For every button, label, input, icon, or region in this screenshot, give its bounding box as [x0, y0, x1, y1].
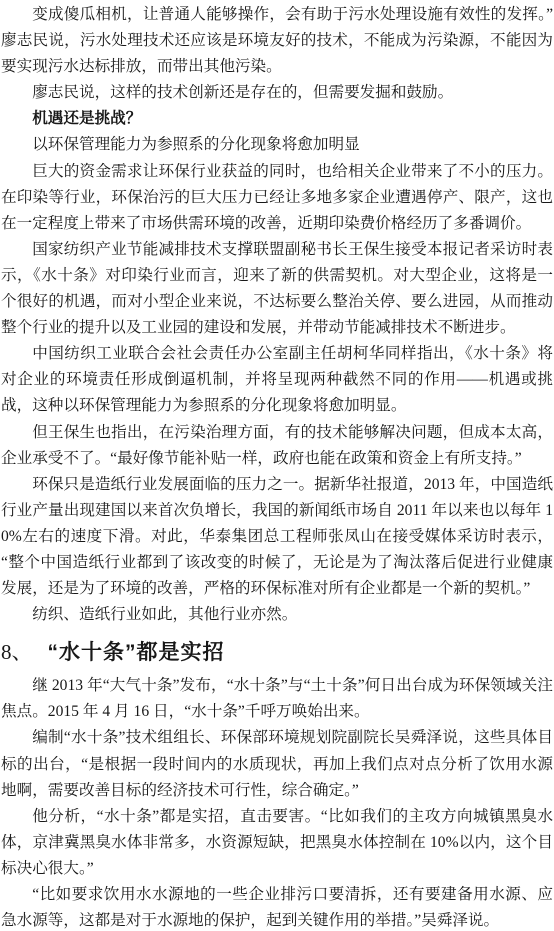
paragraph-divergence-lead: 以环保管理能力为参照系的分化现象将愈加明显 — [1, 132, 553, 158]
paragraph-paper-industry: 环保只是造纸行业发展面临的压力之一。据新华社报道，2013 年，中国造纸行业产量… — [1, 472, 553, 602]
paragraph-sewage-tech: 变成傻瓜相机，让普通人能够操作，会有助于污水处理设施有效性的发挥。”廖志民说，污… — [1, 2, 553, 80]
paragraph-innovation-exists: 廖志民说，这样的技术创新还是存在的，但需要发掘和鼓励。 — [1, 80, 553, 106]
paragraph-water-source-protection: “比如要求饮用水水源地的一些企业排污口要清拆，还有要建备用水源、应急水源等，这都… — [1, 882, 553, 931]
paragraph-black-odorous-water: 他分析，“水十条”都是实招，直击要害。“比如我们的主攻方向城镇黑臭水体，京津冀黑… — [1, 804, 553, 882]
section-number: 8、 — [1, 640, 33, 664]
section-heading: 8、“水十条”都是实招 — [1, 637, 553, 668]
paragraph-other-industries: 纺织、造纸行业如此，其他行业亦然。 — [1, 602, 553, 628]
paragraph-wu-shunze-targets: 编制“水十条”技术组组长、环保部环境规划院副院长吴舜泽说，这些具体目标的出台，“… — [1, 725, 553, 803]
paragraph-funding-pressure: 巨大的资金需求让环保行业获益的同时，也给相关企业带来了不小的压力。在印染等行业，… — [1, 159, 553, 237]
subheading-opportunity-or-challenge: 机遇还是挑战？ — [1, 106, 553, 132]
paragraph-hu-kehua-comment: 中国纺织工业联合会社会责任办公室副主任胡柯华同样指出，《水十条》将对企业的环境责… — [1, 341, 553, 419]
paragraph-wang-baosheng-interview: 国家纺织产业节能减排技术支撑联盟副秘书长王保生接受本报记者采访时表示，《水十条》… — [1, 237, 553, 341]
paragraph-water-ten-release: 继 2013 年“大气十条”发布，“水十条”与“土十条”何日出台成为环保领域关注… — [1, 673, 553, 725]
paragraph-cost-concern: 但王保生也指出，在污染治理方面，有的技术能够解决问题，但成本太高，企业承受不了。… — [1, 420, 553, 472]
document-page: 变成傻瓜相机，让普通人能够操作，会有助于污水处理设施有效性的发挥。”廖志民说，污… — [0, 0, 554, 931]
section-title: “水十条”都是实招 — [48, 641, 225, 664]
